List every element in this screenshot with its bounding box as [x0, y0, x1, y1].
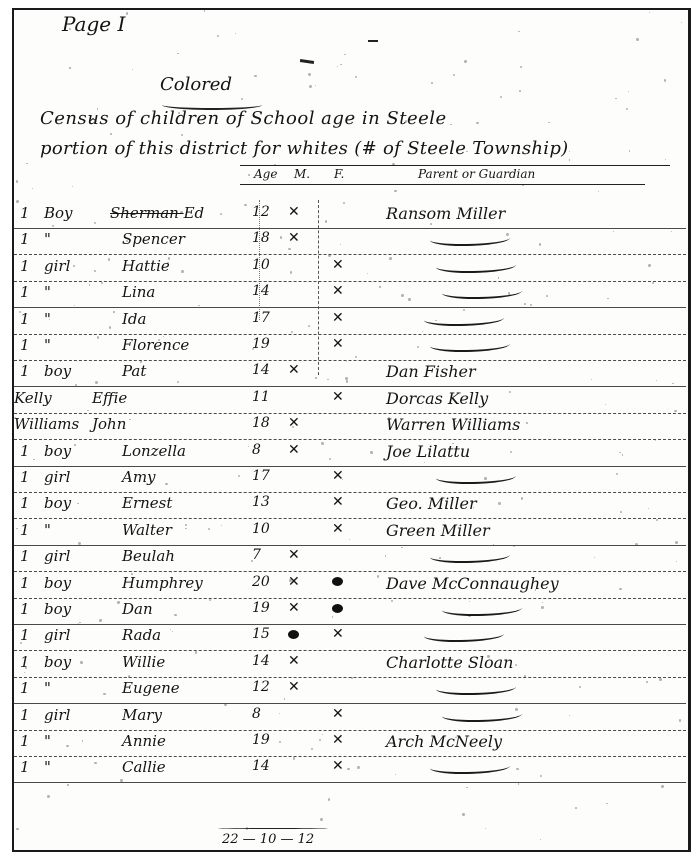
table-row: 1BoySherman Ed12✕Ransom Miller: [14, 202, 686, 229]
count: 1: [20, 257, 30, 275]
male-mark: ✕: [288, 679, 300, 695]
ink-blot: [332, 604, 343, 613]
sex-label: girl: [44, 257, 70, 275]
age: 8: [252, 706, 261, 722]
age: 14: [252, 283, 270, 299]
age: 19: [252, 732, 270, 748]
female-mark: ✕: [332, 626, 344, 642]
child-name: Eugene: [122, 679, 180, 697]
child-name: Rada: [122, 626, 161, 644]
ditto-mark: [436, 259, 516, 273]
child-name: Annie: [122, 732, 166, 750]
count: 1: [20, 706, 30, 724]
count: 1: [20, 626, 30, 644]
column-header-age: Age: [254, 167, 277, 181]
age: 19: [252, 600, 270, 616]
ditto-mark: [442, 285, 522, 299]
ditto-mark: [424, 312, 504, 326]
age: 19: [252, 336, 270, 352]
ditto-mark: [442, 708, 522, 722]
sex-label: Boy: [44, 204, 73, 222]
male-mark: ✕: [288, 547, 300, 563]
female-mark: ✕: [332, 494, 344, 510]
child-name: Lina: [122, 283, 155, 301]
sex-label: boy: [44, 600, 71, 618]
male-mark: ✕: [288, 230, 300, 246]
surname: Kelly: [14, 389, 52, 407]
count: 1: [20, 468, 30, 486]
age: 11: [252, 389, 270, 405]
table-row: 1"Ida17✕: [14, 308, 686, 335]
age: 10: [252, 521, 270, 537]
child-name: Walter: [122, 521, 172, 539]
age: 18: [252, 230, 270, 246]
insertion-caret: ^: [88, 116, 98, 130]
count: 1: [20, 362, 30, 380]
ditto-mark: [430, 760, 510, 774]
female-mark: ✕: [332, 732, 344, 748]
ink-blot: [288, 630, 299, 639]
parent-guardian: Ransom Miller: [386, 204, 505, 223]
count: 1: [20, 574, 30, 592]
sex-label: boy: [44, 574, 71, 592]
column-header-male: M.: [294, 167, 310, 181]
ditto-mark: [430, 549, 510, 563]
parent-guardian: Charlotte Sloan: [386, 653, 513, 672]
count: 1: [20, 310, 30, 328]
child-name: Ida: [122, 310, 146, 328]
female-mark: ✕: [332, 758, 344, 774]
sex-label: boy: [44, 362, 71, 380]
table-row: 1boyLonzella8✕Joe Lilattu: [14, 440, 686, 467]
table-row: 1"Florence19✕: [14, 334, 686, 361]
document-title-line-2: portion of this district for whites (# o…: [40, 138, 568, 159]
sex-label: ": [44, 521, 51, 539]
count: 1: [20, 494, 30, 512]
child-name: John: [92, 415, 126, 433]
child-name: Florence: [122, 336, 189, 354]
sex-label: ": [44, 230, 51, 248]
sex-label: girl: [44, 706, 70, 724]
age: 12: [252, 204, 270, 220]
parent-guardian: Warren Williams: [386, 415, 520, 434]
table-row: 1girlAmy17✕: [14, 466, 686, 493]
female-mark: ✕: [332, 310, 344, 326]
count: 1: [20, 442, 30, 460]
table-row: 1"Lina14✕: [14, 281, 686, 308]
parent-guardian: Dan Fisher: [386, 362, 476, 381]
child-name: Amy: [122, 468, 156, 486]
age: 14: [252, 362, 270, 378]
male-mark: ✕: [288, 600, 300, 616]
child-name: Hattie: [122, 257, 170, 275]
age: 8: [252, 442, 261, 458]
child-name: Spencer: [122, 230, 185, 248]
male-mark: [288, 626, 299, 642]
female-mark: ✕: [332, 521, 344, 537]
parent-guardian: Arch McNeely: [386, 732, 502, 751]
child-name: Beulah: [122, 547, 175, 565]
table-row: 1girlMary8✕: [14, 704, 686, 731]
table-row: KellyEffie11✕Dorcas Kelly: [14, 387, 686, 414]
female-mark: ✕: [332, 706, 344, 722]
male-mark: ✕: [288, 204, 300, 220]
age: 14: [252, 758, 270, 774]
child-name: Dan: [122, 600, 153, 618]
table-row: 1boyErnest13✕Geo. Miller: [14, 492, 686, 519]
age: 12: [252, 679, 270, 695]
sex-label: girl: [44, 626, 70, 644]
ditto-mark: [430, 232, 510, 246]
count: 1: [20, 653, 30, 671]
sex-label: ": [44, 336, 51, 354]
sex-label: ": [44, 310, 51, 328]
female-mark: [332, 574, 343, 590]
child-name: Lonzella: [122, 442, 186, 460]
table-row: 1"Walter10✕Green Miller: [14, 519, 686, 546]
table-row: 1boyHumphrey20✕Dave McConnaughey: [14, 572, 686, 599]
heading-colored: Colored: [160, 74, 232, 95]
table-row: 1boyDan19✕: [14, 598, 686, 625]
female-mark: ✕: [332, 389, 344, 405]
parent-guardian: Dorcas Kelly: [386, 389, 488, 408]
table-row: 1girlBeulah7✕: [14, 545, 686, 572]
ditto-mark: [436, 681, 516, 695]
document-title-line-1: Census of children of School age in Stee…: [40, 108, 447, 129]
child-name: Mary: [122, 706, 162, 724]
age: 15: [252, 626, 270, 642]
table-row: 1"Annie19✕Arch McNeely: [14, 730, 686, 757]
stray-mark: [368, 40, 378, 42]
header-rule-lower: [240, 184, 645, 185]
count: 1: [20, 230, 30, 248]
child-name: Sherman Ed: [110, 204, 204, 222]
age: 10: [252, 257, 270, 273]
sex-label: girl: [44, 547, 70, 565]
surname: Williams: [14, 415, 79, 433]
ditto-mark: [424, 628, 504, 642]
child-name: Humphrey: [122, 574, 203, 592]
table-row: 1boyWillie14✕Charlotte Sloan: [14, 651, 686, 678]
male-mark: ✕: [288, 415, 300, 431]
age: 20: [252, 574, 270, 590]
age: 17: [252, 310, 270, 326]
age: 14: [252, 653, 270, 669]
child-name: Effie: [92, 389, 127, 407]
female-mark: ✕: [332, 283, 344, 299]
table-row: 1"Spencer18✕: [14, 228, 686, 255]
count: 1: [20, 547, 30, 565]
count: 1: [20, 600, 30, 618]
table-row: 1girlHattie10✕: [14, 255, 686, 282]
ink-blot: [332, 577, 343, 586]
female-mark: ✕: [332, 336, 344, 352]
female-mark: ✕: [332, 468, 344, 484]
child-name: Callie: [122, 758, 166, 776]
page-number: Page I: [62, 12, 125, 36]
ditto-mark: [442, 602, 522, 616]
male-mark: ✕: [288, 362, 300, 378]
male-mark: ✕: [288, 653, 300, 669]
sex-label: boy: [44, 653, 71, 671]
count: 1: [20, 336, 30, 354]
sex-label: boy: [44, 442, 71, 460]
totals-rule: [218, 828, 328, 829]
child-name: Ernest: [122, 494, 172, 512]
count: 1: [20, 732, 30, 750]
table-row: 1girlRada15✕: [14, 624, 686, 651]
parent-guardian: Geo. Miller: [386, 494, 477, 513]
female-mark: ✕: [332, 257, 344, 273]
sex-label: ": [44, 732, 51, 750]
age: 7: [252, 547, 261, 563]
count: 1: [20, 758, 30, 776]
ditto-mark: [430, 338, 510, 352]
sex-label: girl: [44, 468, 70, 486]
male-mark: ✕: [288, 442, 300, 458]
parent-guardian: Dave McConnaughey: [386, 574, 559, 593]
count: 1: [20, 679, 30, 697]
child-name: Pat: [122, 362, 146, 380]
header-rule: [240, 165, 670, 166]
ditto-mark: [436, 470, 516, 484]
column-header-parent: Parent or Guardian: [418, 167, 535, 181]
column-totals: 22 — 10 — 12: [222, 832, 314, 847]
table-row: 1"Eugene12✕: [14, 677, 686, 704]
sex-label: ": [44, 758, 51, 776]
count: 1: [20, 283, 30, 301]
count: 1: [20, 521, 30, 539]
child-name: Willie: [122, 653, 165, 671]
sex-label: ": [44, 283, 51, 301]
sex-label: boy: [44, 494, 71, 512]
age: 17: [252, 468, 270, 484]
table-row: 1boyPat14✕Dan Fisher: [14, 360, 686, 387]
column-header-female: F.: [334, 167, 344, 181]
age: 13: [252, 494, 270, 510]
table-row: 1"Callie14✕: [14, 756, 686, 783]
female-mark: [332, 600, 343, 616]
count: 1: [20, 204, 30, 222]
struck-name: Sherman: [110, 204, 184, 222]
parent-guardian: Green Miller: [386, 521, 490, 540]
male-mark: ✕: [288, 574, 300, 590]
sex-label: ": [44, 679, 51, 697]
table-row: WilliamsJohn18✕Warren Williams: [14, 413, 686, 440]
parent-guardian: Joe Lilattu: [386, 442, 470, 461]
age: 18: [252, 415, 270, 431]
